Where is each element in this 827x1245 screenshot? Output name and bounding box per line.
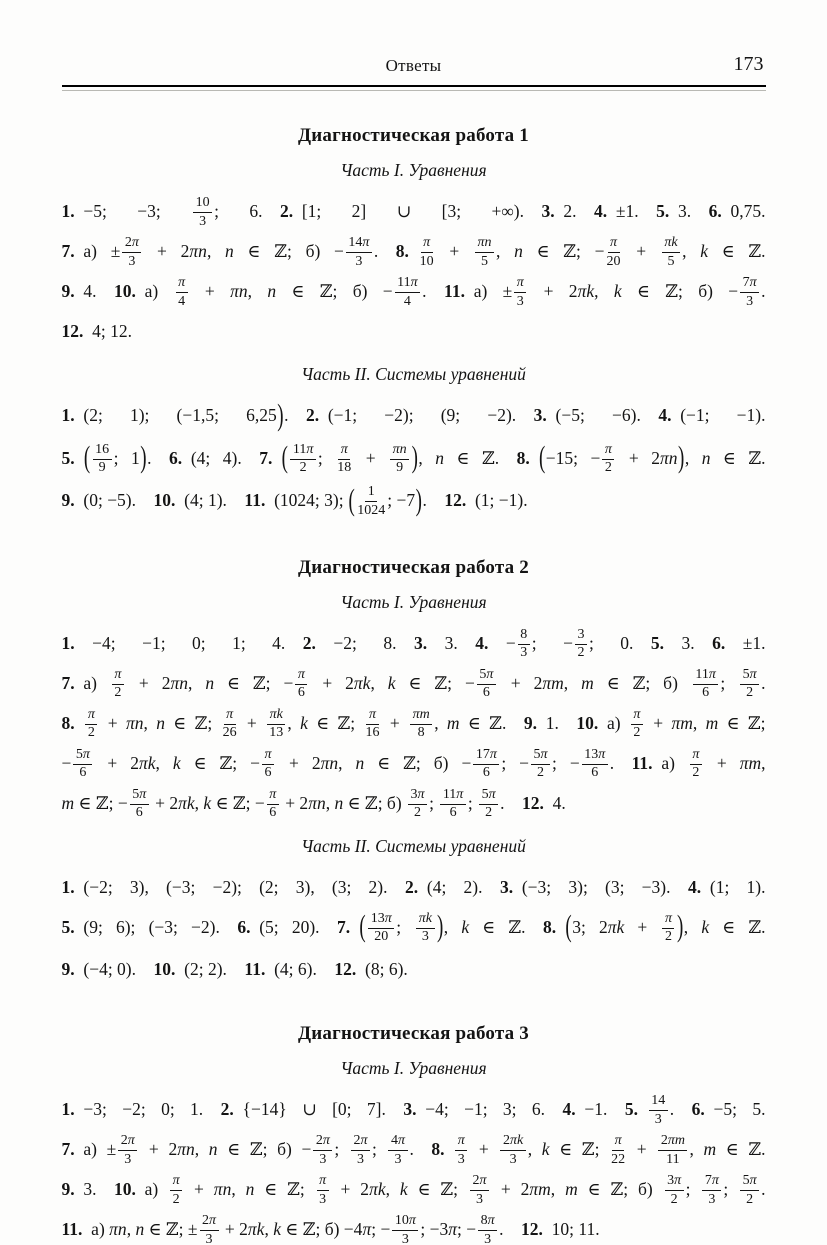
answer-line: 7. а) π2 + 2πn, n ∈ ℤ; −π6 + 2πk, k ∈ ℤ;… [62, 663, 766, 703]
answer-line: 9. 4. 10. а) π4 + πn, n ∈ ℤ; б) −11π4. 1… [62, 271, 766, 311]
answer-number: 6. [237, 917, 250, 937]
answer-number: 11. [444, 281, 465, 301]
fraction: π26 [222, 707, 238, 742]
answer-number: 3. [414, 633, 427, 653]
answer-number: 2. [221, 1099, 234, 1119]
fraction: πn5 [474, 235, 495, 270]
fraction: 14π3 [345, 235, 373, 270]
answer-number: 2. [303, 633, 316, 653]
book-page: Ответы 173 Диагностическая работа 1 Част… [62, 0, 766, 1245]
answer-number: 11. [244, 490, 265, 510]
answer-number: 9. [62, 490, 75, 510]
section: Диагностическая работа 2 Часть I. Уравне… [62, 557, 766, 990]
section: Диагностическая работа 3 Часть I. Уравне… [62, 1023, 766, 1245]
fraction: 13π20 [367, 911, 395, 946]
fraction: 10π3 [391, 1213, 419, 1245]
running-head: Ответы 173 [62, 56, 766, 80]
big-paren-close: ) [140, 426, 147, 491]
answer-number: 6. [709, 201, 722, 221]
answer-number: 8. [62, 713, 75, 733]
part-lines: 1. −5; −3; 103; 6. 2. [1; 2] ∪ [3; +∞). … [62, 191, 766, 351]
answer-number: 12. [444, 490, 466, 510]
fraction: 17π6 [472, 747, 500, 782]
answer-number: 8. [431, 1139, 444, 1159]
part-subtitle: Часть II. Системы уравнений [62, 364, 766, 385]
part-subtitle: Часть I. Уравнения [62, 160, 766, 181]
answer-number: 11. [244, 959, 265, 979]
answer-line: −5π6 + 2πk, k ∈ ℤ; −π6 + 2πn, n ∈ ℤ; б) … [62, 743, 766, 783]
fraction: 11π6 [692, 667, 720, 702]
answer-number: 3. [542, 201, 555, 221]
fraction: 32 [574, 627, 588, 662]
content: Диагностическая работа 1 Часть I. Уравне… [62, 125, 766, 1245]
part-subtitle: Часть I. Уравнения [62, 1058, 766, 1079]
answer-number: 1. [62, 405, 75, 425]
answer-line: 12. 4; 12. [62, 311, 766, 351]
answer-line: 1. −5; −3; 103; 6. 2. [1; 2] ∪ [3; +∞). … [62, 191, 766, 231]
part-lines: 1. (2; 1); (−1,5; 6,25). 2. (−1; −2); (9… [62, 395, 766, 523]
fraction: π2 [111, 667, 125, 702]
fraction: 3π2 [664, 1173, 685, 1208]
answer-number: 4. [475, 633, 488, 653]
fraction: 2π3 [312, 1133, 333, 1168]
big-paren-close: ) [415, 469, 422, 534]
fraction: π2 [661, 911, 675, 946]
fraction: π2 [169, 1173, 183, 1208]
answer-number: 3. [500, 877, 513, 897]
answer-number: 1. [62, 877, 75, 897]
fraction: 5π2 [530, 747, 551, 782]
fraction: π6 [294, 667, 308, 702]
section-title: Диагностическая работа 1 [62, 125, 766, 147]
fraction: 5π2 [739, 667, 760, 702]
fraction: π6 [266, 787, 280, 822]
answer-number: 5. [656, 201, 669, 221]
fraction: 5π2 [478, 787, 499, 822]
big-paren-open: ( [565, 895, 572, 960]
big-paren-close: ) [676, 895, 683, 960]
answer-number: 6. [692, 1099, 705, 1119]
answer-number: 8. [543, 917, 556, 937]
answer-line: 1. (−2; 3), (−3; −2); (2; 3), (3; 2). 2.… [62, 867, 766, 907]
answer-number: 10. [576, 713, 598, 733]
page-number: 173 [734, 53, 764, 76]
answer-number: 4. [658, 405, 671, 425]
answer-line: 11. а) πn, n ∈ ℤ; ±2π3 + 2πk, k ∈ ℤ; б) … [62, 1209, 766, 1245]
answer-number: 1. [62, 1099, 75, 1119]
fraction: 7π3 [701, 1173, 722, 1208]
answer-number: 9. [62, 1179, 75, 1199]
answer-number: 2. [405, 877, 418, 897]
section: Диагностическая работа 1 Часть I. Уравне… [62, 125, 766, 523]
answer-number: 3. [403, 1099, 416, 1119]
answer-number: 4. [688, 877, 701, 897]
answer-number: 12. [62, 321, 84, 341]
fraction: π22 [610, 1133, 626, 1168]
fraction: 13π6 [581, 747, 609, 782]
fraction: π16 [365, 707, 381, 742]
answer-number: 9. [62, 959, 75, 979]
fraction: π3 [454, 1133, 468, 1168]
part-lines: 1. (−2; 3), (−3; −2); (2; 3), (3; 2). 2.… [62, 867, 766, 990]
answer-number: 8. [396, 241, 409, 261]
fraction: π10 [419, 235, 435, 270]
big-paren-close: ) [437, 895, 444, 960]
part: Часть II. Системы уравнений 1. (−2; 3), … [62, 836, 766, 990]
answer-number: 9. [524, 713, 537, 733]
big-paren-open: ( [359, 895, 366, 960]
answer-line: 9. 3. 10. а) π2 + πn, n ∈ ℤ; π3 + 2πk, k… [62, 1169, 766, 1209]
section-body: Часть I. Уравнения 1. −5; −3; 103; 6. 2.… [62, 160, 766, 523]
part-lines: 1. −3; −2; 0; 1. 2. {−14} ∪ [0; 7]. 3. −… [62, 1089, 766, 1245]
big-paren-open: ( [83, 426, 90, 491]
part-subtitle: Часть II. Системы уравнений [62, 836, 766, 857]
fraction: 103 [192, 195, 213, 230]
answer-line: 9. (−4; 0). 10. (2; 2). 11. (4; 6). 12. … [62, 949, 766, 989]
fraction: 5π6 [72, 747, 93, 782]
part: Часть II. Системы уравнений 1. (2; 1); (… [62, 364, 766, 523]
fraction: πk5 [661, 235, 681, 270]
fraction: 5π6 [476, 667, 497, 702]
fraction: 83 [517, 627, 531, 662]
answer-number: 7. [337, 917, 350, 937]
answer-number: 5. [62, 917, 75, 937]
section-title: Диагностическая работа 3 [62, 1023, 766, 1045]
fraction: 2π3 [350, 1133, 371, 1168]
fraction: 2π3 [117, 1133, 138, 1168]
running-head-title: Ответы [62, 56, 766, 76]
answer-number: 12. [334, 959, 356, 979]
fraction: 2πk3 [499, 1133, 526, 1168]
fraction: 2πm11 [657, 1133, 688, 1168]
fraction: 11π2 [289, 442, 317, 477]
answer-number: 12. [521, 1219, 543, 1239]
fraction: πn9 [389, 442, 410, 477]
answer-number: 10. [114, 281, 136, 301]
answer-number: 5. [651, 633, 664, 653]
answer-number: 3. [534, 405, 547, 425]
answer-line: 5. (9; 6); (−3; −2). 6. (5; 20). 7. (13π… [62, 907, 766, 950]
answer-number: 10. [154, 490, 176, 510]
answer-number: 5. [625, 1099, 638, 1119]
answer-number: 1. [62, 201, 75, 221]
fraction: 11π4 [394, 275, 422, 310]
header-rule [62, 85, 766, 91]
section-body: Часть I. Уравнения 1. −4; −1; 0; 1; 4. 2… [62, 592, 766, 990]
fraction: πk3 [415, 911, 435, 946]
answer-number: 8. [517, 448, 530, 468]
answer-line: 7. а) ±2π3 + 2πn, n ∈ ℤ; б) −2π3; 2π3; 4… [62, 1129, 766, 1169]
fraction: 8π3 [477, 1213, 498, 1245]
answer-number: 12. [522, 793, 544, 813]
fraction: 143 [648, 1093, 669, 1128]
fraction: π2 [630, 707, 644, 742]
fraction: π2 [689, 747, 703, 782]
fraction: 11024 [356, 484, 386, 519]
part: Часть I. Уравнения 1. −5; −3; 103; 6. 2.… [62, 160, 766, 351]
part: Часть I. Уравнения 1. −3; −2; 0; 1. 2. {… [62, 1058, 766, 1245]
answer-line: 8. π2 + πn, n ∈ ℤ; π26 + πk13, k ∈ ℤ; π1… [62, 703, 766, 743]
fraction: 5π2 [739, 1173, 760, 1208]
part: Часть I. Уравнения 1. −4; −1; 0; 1; 4. 2… [62, 592, 766, 823]
answer-number: 9. [62, 281, 75, 301]
fraction: 2π3 [121, 235, 142, 270]
fraction: 4π3 [387, 1133, 408, 1168]
answer-number: 10. [114, 1179, 136, 1199]
answer-line: 7. а) ±2π3 + 2πn, n ∈ ℤ; б) −14π3. 8. π1… [62, 231, 766, 271]
fraction: 2π3 [469, 1173, 490, 1208]
fraction: 7π3 [739, 275, 760, 310]
answer-number: 2. [280, 201, 293, 221]
fraction: 2π3 [199, 1213, 220, 1245]
section-title: Диагностическая работа 2 [62, 557, 766, 579]
answer-number: 1. [62, 633, 75, 653]
big-paren-open: ( [281, 426, 288, 491]
part-lines: 1. −4; −1; 0; 1; 4. 2. −2; 8. 3. 3. 4. −… [62, 623, 766, 823]
fraction: πk13 [266, 707, 286, 742]
fraction: π4 [175, 275, 189, 310]
answer-number: 7. [62, 1139, 75, 1159]
fraction: π2 [84, 707, 98, 742]
answer-line: 1. −4; −1; 0; 1; 4. 2. −2; 8. 3. 3. 4. −… [62, 623, 766, 663]
big-paren-close: ) [678, 426, 685, 491]
answer-number: 11. [632, 753, 653, 773]
answer-number: 7. [62, 673, 75, 693]
big-paren-open: ( [348, 469, 355, 534]
answer-number: 7. [259, 448, 272, 468]
answer-number: 5. [62, 448, 75, 468]
answer-line: 1. −3; −2; 0; 1. 2. {−14} ∪ [0; 7]. 3. −… [62, 1089, 766, 1129]
answer-line: 5. (169; 1). 6. (4; 4). 7. (11π2; π18 + … [62, 438, 766, 481]
answer-number: 10. [154, 959, 176, 979]
answer-number: 6. [712, 633, 725, 653]
answer-number: 4. [563, 1099, 576, 1119]
answer-line: m ∈ ℤ; −5π6 + 2πk, k ∈ ℤ; −π6 + 2πn, n ∈… [62, 783, 766, 823]
answer-number: 11. [62, 1219, 83, 1239]
answer-number: 2. [306, 405, 319, 425]
fraction: π2 [601, 442, 615, 477]
fraction: π3 [513, 275, 527, 310]
fraction: π20 [606, 235, 622, 270]
fraction: 11π6 [439, 787, 467, 822]
part-subtitle: Часть I. Уравнения [62, 592, 766, 613]
fraction: πm8 [409, 707, 433, 742]
fraction: 169 [92, 442, 113, 477]
fraction: π6 [261, 747, 275, 782]
fraction: 5π6 [129, 787, 150, 822]
fraction: π3 [316, 1173, 330, 1208]
big-paren-open: ( [538, 426, 545, 491]
section-body: Часть I. Уравнения 1. −3; −2; 0; 1. 2. {… [62, 1058, 766, 1245]
answer-number: 7. [62, 241, 75, 261]
answer-number: 4. [594, 201, 607, 221]
answer-number: 6. [169, 448, 182, 468]
fraction: 3π2 [407, 787, 428, 822]
